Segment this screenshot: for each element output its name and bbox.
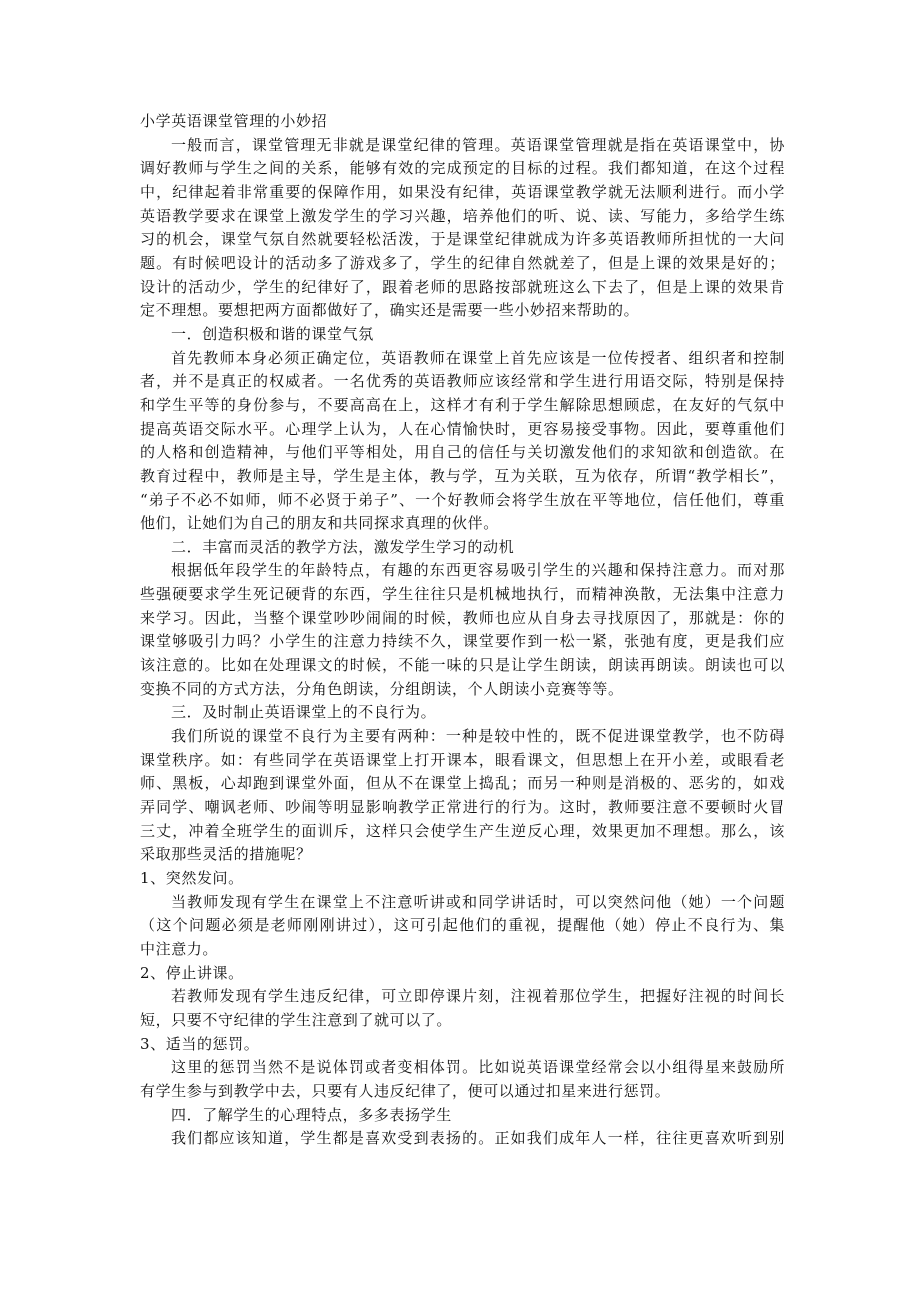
paragraph-line: 提高英语交际水平。心理学上认为，人在心情愉快时，更容易接受事物。因此，要尊重他们: [140, 418, 785, 442]
paragraph-line: 有学生参与到教学中去，只要有人违反纪律了，便可以通过扣星来进行惩罚。: [140, 1080, 785, 1104]
paragraph-line: 习的机会，课堂气氛自然就要轻松活泼，于是课堂纪律就成为许多英语教师所担忧的一大问: [140, 228, 785, 252]
paragraph-line: 他们，让她们为自己的朋友和共同探求真理的伙伴。: [140, 512, 785, 536]
paragraph-line: 调好教师与学生之间的关系，能够有效的完成预定的目标的过程。我们都知道，在这个过程: [140, 157, 785, 181]
paragraph-line: 中，纪律起着非常重要的保障作用，如果没有纪律，英语课堂教学就无法顺利进行。而小学: [140, 181, 785, 205]
section-heading: 三．及时制止英语课堂上的不良行为。: [140, 701, 785, 725]
paragraph-line: 课堂够吸引力吗？小学生的注意力持续不久，课堂要作到一松一紧，张弛有度，更是我们应: [140, 630, 785, 654]
paragraph-line: 英语教学要求在课堂上激发学生的学习兴趣，培养他们的听、说、读、写能力，多给学生练: [140, 205, 785, 229]
document-page: 小学英语课堂管理的小妙招一般而言，课堂管理无非就是课堂纪律的管理。英语课堂管理就…: [0, 0, 920, 1302]
paragraph-line: 和学生平等的身份参与，不要高高在上，这样才有利于学生解除思想顾虑，在友好的气氛中: [140, 394, 785, 418]
paragraph-line: 教育过程中，教师是主导，学生是主体，教与学，互为关联，互为依存，所谓“教学相长”…: [140, 465, 785, 489]
paragraph-line: 中注意力。: [140, 938, 785, 962]
paragraph-line: 当教师发现有学生在课堂上不注意听讲或和同学讲话时，可以突然问他（她）一个问题: [140, 891, 785, 915]
paragraph-line: 采取那些灵活的措施呢？: [140, 843, 785, 867]
paragraph-line: 我们都应该知道，学生都是喜欢受到表扬的。正如我们成年人一样，往往更喜欢听到别: [140, 1127, 785, 1151]
paragraph-line: 若教师发现有学生违反纪律，可立即停课片刻，注视着那位学生，把握好注视的时间长: [140, 985, 785, 1009]
section-heading: 四．了解学生的心理特点，多多表扬学生: [140, 1104, 785, 1128]
paragraph-line: 课堂秩序。如：有些同学在英语课堂上打开课本，眼看课文，但思想上在开小差，或眼看老: [140, 749, 785, 773]
paragraph-line: 些强硬要求学生死记硬背的东西，学生往往只是机械地执行，而精神涣散，无法集中注意力: [140, 583, 785, 607]
paragraph-line: 定不理想。要想把两方面都做好了，确实还是需要一些小妙招来帮助的。: [140, 299, 785, 323]
document-body: 小学英语课堂管理的小妙招一般而言，课堂管理无非就是课堂纪律的管理。英语课堂管理就…: [140, 110, 785, 1151]
section-heading: 二．丰富而灵活的教学方法，激发学生学习的动机: [140, 536, 785, 560]
paragraph-line: 来学习。因此，当整个课堂吵吵闹闹的时候，教师也应从自身去寻找原因了，那就是：你的: [140, 607, 785, 631]
paragraph-line: 变换不同的方式方法，分角色朗读，分组朗读，个人朗读小竞赛等等。: [140, 678, 785, 702]
paragraph-line: 根据低年段学生的年龄特点，有趣的东西更容易吸引学生的兴趣和保持注意力。而对那: [140, 559, 785, 583]
paragraph-line: 三丈，冲着全班学生的面训斥，这样只会使学生产生逆反心理，效果更加不理想。那么，该: [140, 820, 785, 844]
paragraph-line: 该注意的。比如在处理课文的时候，不能一味的只是让学生朗读，朗读再朗读。朗读也可以: [140, 654, 785, 678]
paragraph-line: 的人格和创造精神，与他们平等相处，用自己的信任与关切激发他们的求知欲和创造欲。在: [140, 441, 785, 465]
paragraph-line: 一般而言，课堂管理无非就是课堂纪律的管理。英语课堂管理就是指在英语课堂中，协: [140, 134, 785, 158]
paragraph-line: “弟子不必不如师，师不必贤于弟子”、一个好教师会将学生放在平等地位，信任他们，尊…: [140, 489, 785, 513]
paragraph-line: 师、黑板，心却跑到课堂外面，但从不在课堂上捣乱；而另一种则是消极的、恶劣的，如戏: [140, 772, 785, 796]
paragraph-line: 弄同学、嘲讽老师、吵闹等明显影响教学正常进行的行为。这时，教师要注意不要顿时火冒: [140, 796, 785, 820]
paragraph-line: 这里的惩罚当然不是说体罚或者变相体罚。比如说英语课堂经常会以小组得星来鼓励所: [140, 1056, 785, 1080]
paragraph-line: 者，并不是真正的权威者。一名优秀的英语教师应该经常和学生进行用语交际，特别是保持: [140, 370, 785, 394]
paragraph-line: 设计的活动少，学生的纪律好了，跟着老师的思路按部就班这么下去了，但是上课的效果肯: [140, 276, 785, 300]
paragraph-line: （这个问题必须是老师刚刚讲过），这可引起他们的重视，提醒他（她）停止不良行为、集: [140, 914, 785, 938]
paragraph-line: 短，只要不守纪律的学生注意到了就可以了。: [140, 1009, 785, 1033]
paragraph-line: 我们所说的课堂不良行为主要有两种：一种是较中性的，既不促进课堂教学，也不防碍: [140, 725, 785, 749]
section-heading: 一．创造积极和谐的课堂气氛: [140, 323, 785, 347]
paragraph-line: 首先教师本身必须正确定位，英语教师在课堂上首先应该是一位传授者、组织者和控制: [140, 347, 785, 371]
subsection-heading: 3、适当的惩罚。: [140, 1033, 785, 1057]
subsection-heading: 2、停止讲课。: [140, 962, 785, 986]
paragraph-line: 题。有时候吧设计的活动多了游戏多了，学生的纪律自然就差了，但是上课的效果是好的；: [140, 252, 785, 276]
subsection-heading: 1、突然发问。: [140, 867, 785, 891]
document-title: 小学英语课堂管理的小妙招: [140, 110, 785, 134]
